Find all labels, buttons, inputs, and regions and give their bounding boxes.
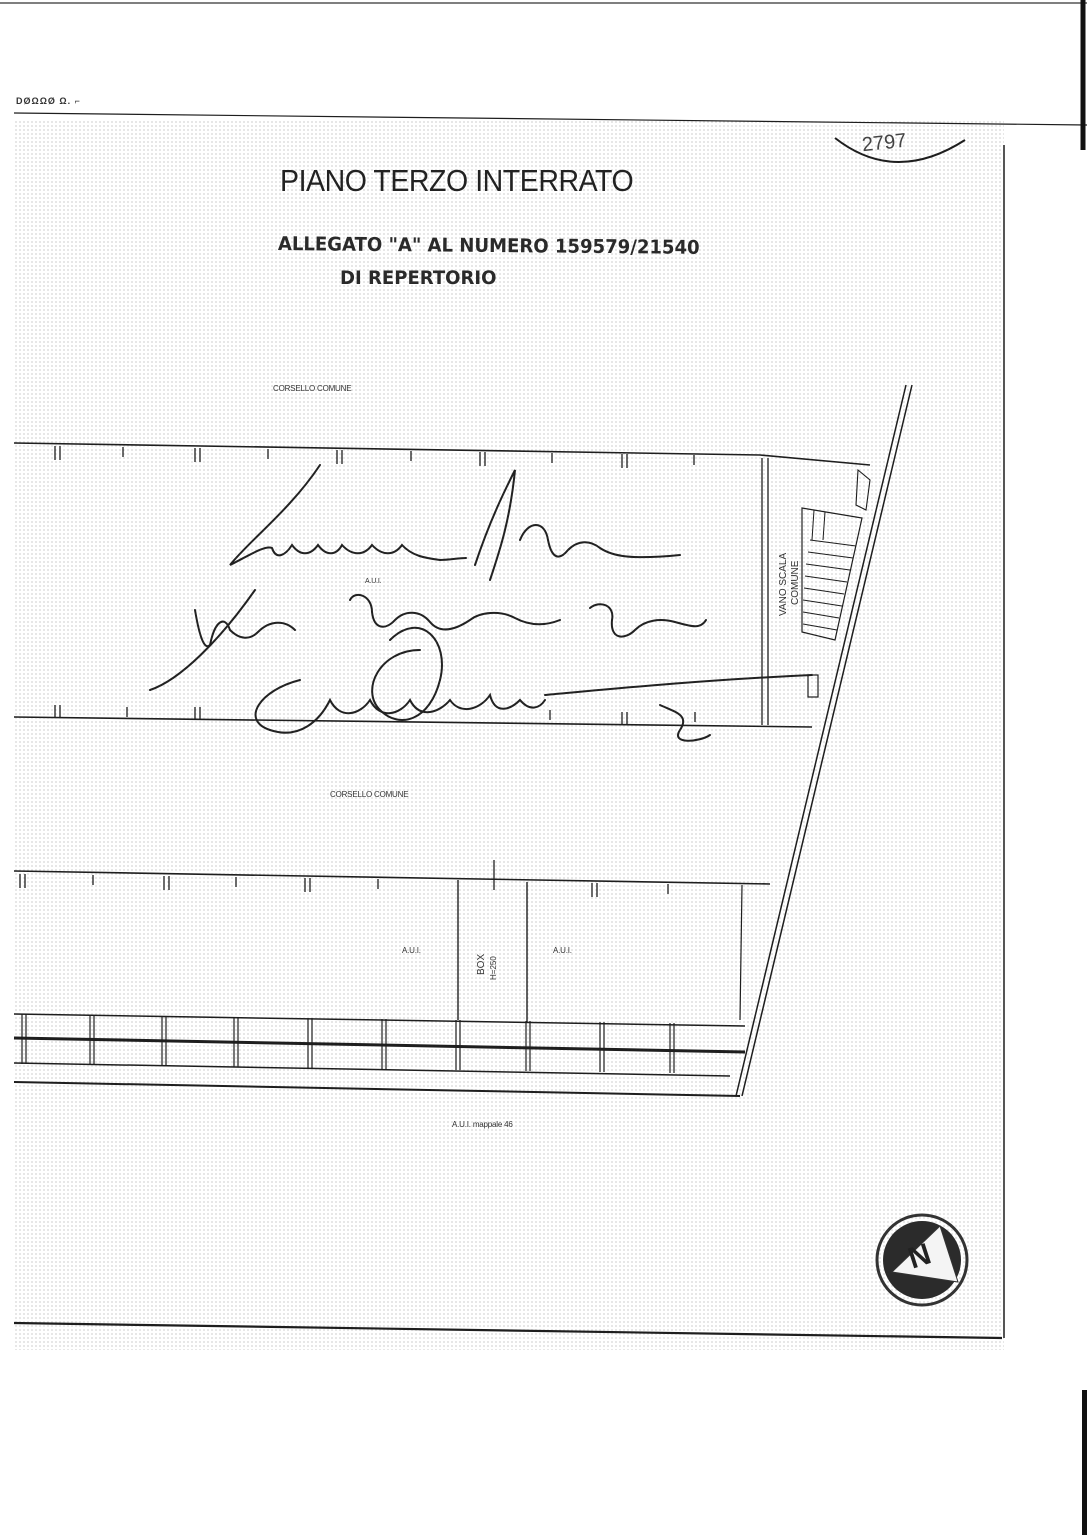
label-aui-upper: A.U.I. <box>365 578 381 585</box>
label-box: BOX <box>476 954 487 975</box>
label-corsello-comune-top: CORSELLO COMUNE <box>273 384 351 393</box>
label-aui-mappale: A.U.I. mappale 46 <box>452 1120 513 1129</box>
label-vano-scala-comune: COMUNE <box>790 561 801 605</box>
label-aui-lower-left: A.U.I. <box>402 946 421 955</box>
page-title: PIANO TERZO INTERRATO <box>280 163 633 199</box>
label-box-height: H=250 <box>488 956 499 980</box>
label-corsello-comune-middle: CORSELLO COMUNE <box>330 790 408 799</box>
signature-strokes <box>150 465 812 741</box>
annex-reference: ALLEGATO "A" AL NUMERO 159579/21540 <box>278 233 700 259</box>
scan-edge-bar <box>1082 1390 1087 1535</box>
annex-repertorio: DI REPERTORIO <box>340 267 496 289</box>
label-aui-lower-right: A.U.I. <box>553 946 572 955</box>
scanned-document-page: DØΩΩØ Ω. ⌐ 2797 <box>0 0 1087 1535</box>
label-vano-scala: VANO SCALA <box>778 553 789 616</box>
